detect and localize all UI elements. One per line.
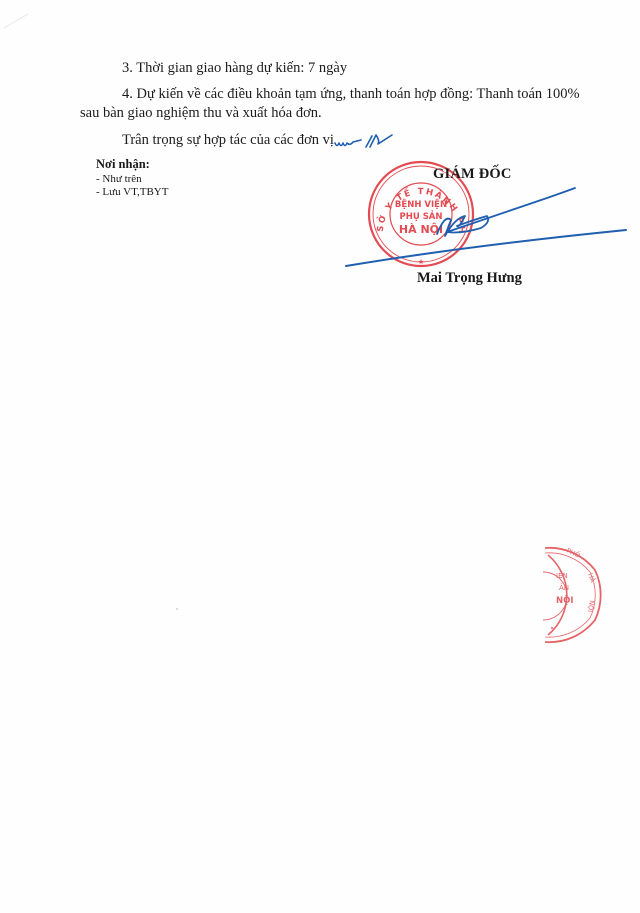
svg-text:NỘI: NỘI	[586, 600, 597, 613]
delivery-time-paragraph: 3. Thời gian giao hàng dự kiến: 7 ngày	[122, 59, 347, 77]
svg-text:PHỐ: PHỐ	[565, 545, 582, 560]
partial-seal-stamp: PHỐ HÀ NỘI IỆN ẢN NỘI	[543, 545, 601, 642]
svg-text:IỆN: IỆN	[556, 571, 568, 580]
svg-text:HÀ: HÀ	[586, 572, 598, 584]
svg-text:NỘI: NỘI	[556, 595, 574, 606]
recipients-block: Nơi nhận: - Như trên - Lưu VT,TBYT	[96, 157, 168, 199]
signer-name: Mai Trọng Hưng	[417, 270, 522, 287]
svg-text:★: ★	[418, 258, 424, 266]
signer-position-title: GIÁM ĐỐC	[433, 166, 512, 183]
director-signature	[437, 188, 575, 236]
initials-signature	[335, 135, 392, 147]
svg-text:BỆNH VIỆN: BỆNH VIỆN	[395, 199, 447, 210]
payment-terms-paragraph-line1: 4. Dự kiến về các điều khoản tạm ứng, th…	[122, 85, 580, 103]
recipients-title: Nơi nhận:	[96, 157, 168, 171]
document-page: 3. Thời gian giao hàng dự kiến: 7 ngày 4…	[0, 0, 640, 913]
svg-text:PHỤ SẢN: PHỤ SẢN	[399, 210, 442, 222]
closing-line: Trân trọng sự hợp tác của các đơn vị	[122, 131, 334, 149]
payment-terms-paragraph-line2: sau bàn giao nghiệm thu và xuất hóa đơn.	[80, 104, 322, 122]
recipient-item: - Như trên	[96, 173, 168, 186]
director-signature-underline	[346, 230, 626, 266]
svg-text:ẢN: ẢN	[559, 583, 569, 592]
svg-text:HÀ NỘI: HÀ NỘI	[399, 223, 443, 236]
recipient-item: - Lưu VT,TBYT	[96, 186, 168, 199]
